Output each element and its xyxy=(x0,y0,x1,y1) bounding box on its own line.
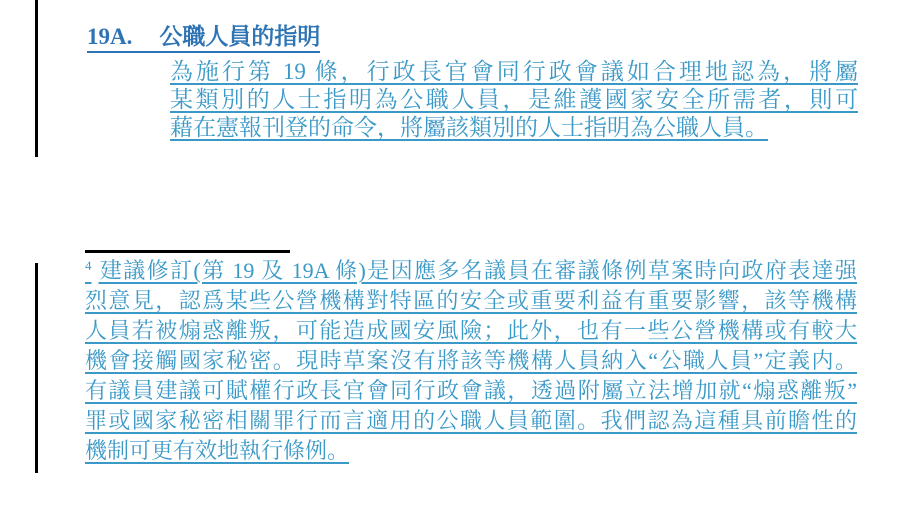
footnote-line: 人員若被煽惑離叛，可能造成國安風險；此外，也有一些公營機構或有較大 xyxy=(85,316,857,346)
footnote-line: 4建議修訂(第 19 及 19A 條)是因應多名議員在審議條例草案時向政府表達强 xyxy=(85,256,857,286)
footnote-line: 機會接觸國家秘密。現時草案沒有將該等機構人員納入“公職人員”定義内。 xyxy=(85,346,857,376)
section-number: 19A. xyxy=(87,25,132,48)
document-page: 19A.公職人員的指明 為施行第 19 條，行政長官會同行政會議如合理地認為，將… xyxy=(0,0,900,521)
body-line: 為施行第 19 條，行政長官會同行政會議如合理地認為，將屬 xyxy=(170,58,858,86)
section-title: 公職人員的指明 xyxy=(159,24,320,49)
footnote-line: 罪或國家秘密相關罪行而言適用的公職人員範圍。我們認為這種具前瞻性的 xyxy=(85,406,857,436)
revision-change-bar-bottom xyxy=(35,263,38,473)
footnote-text: 建議修訂(第 19 及 19A 條)是因應多名議員在審議條例草案時向政府表達强 xyxy=(99,258,858,283)
revision-change-bar-top xyxy=(35,0,38,157)
footnote-line: 機制可更有效地執行條例。 xyxy=(85,436,857,466)
body-line: 某類別的人士指明為公職人員，是維護國家安全所需者，則可 xyxy=(170,86,858,114)
body-line: 藉在憲報刊登的命令，將屬該類別的人士指明為公職人員。 xyxy=(170,114,858,142)
section-heading: 19A.公職人員的指明 xyxy=(87,25,320,53)
footnote-line: 有議員建議可賦權行政長官會同行政會議，透過附屬立法增加就“煽惑離叛” xyxy=(85,376,857,406)
footnote-marker: 4 xyxy=(85,258,92,273)
footnote-block: 4建議修訂(第 19 及 19A 條)是因應多名議員在審議條例草案時向政府表達强… xyxy=(85,256,857,466)
footnote-line: 烈意見，認爲某些公營機構對特區的安全或重要利益有重要影響，該等機構 xyxy=(85,286,857,316)
section-body-paragraph: 為施行第 19 條，行政長官會同行政會議如合理地認為，將屬 某類別的人士指明為公… xyxy=(170,58,858,142)
footnote-separator-rule xyxy=(85,250,290,253)
